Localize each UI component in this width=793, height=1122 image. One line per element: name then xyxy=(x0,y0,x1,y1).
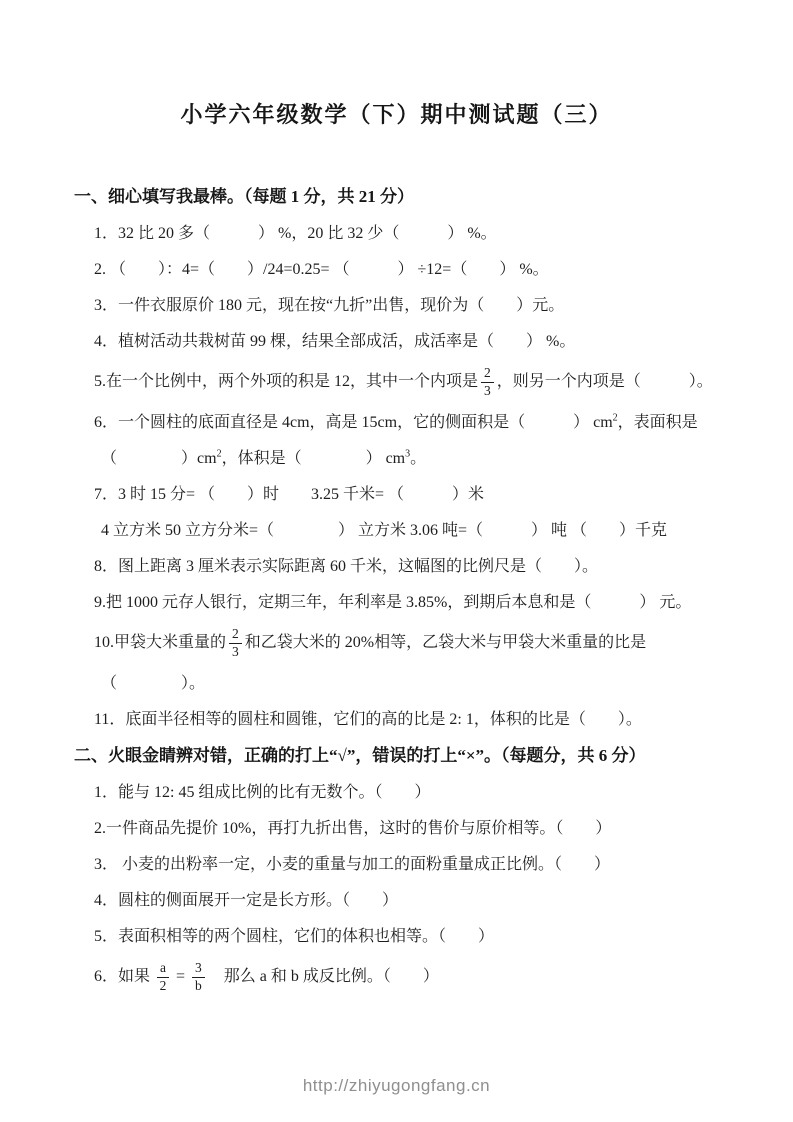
question-line: 4．植树活动共栽树苗 99 棵，结果全部成活，成活率是（ ） %。 xyxy=(94,330,765,353)
question-line: 2.一件商品先提价 10%，再打九折出售，这时的售价与原价相等。（ ） xyxy=(94,817,765,840)
question-line: 11．底面半径相等的圆柱和圆锥，它们的高的比是 2: 1，体积的比是（ ）。 xyxy=(94,708,765,731)
page-title: 小学六年级数学（下）期中测试题（三） xyxy=(0,0,793,129)
question-line: （ ）。 xyxy=(101,672,765,695)
question-line: 8．图上距离 3 厘米表示实际距离 60 千米，这幅图的比例尺是（ ）。 xyxy=(94,555,765,578)
superscript: 2 xyxy=(613,413,618,424)
fraction: a2 xyxy=(157,961,169,993)
fraction: 23 xyxy=(229,627,242,659)
fraction: 3b xyxy=(192,961,205,993)
question-line: （ ）cm2，体积是（ ） cm3。 xyxy=(101,447,765,470)
superscript: 3 xyxy=(405,449,410,460)
question-line: 2. （ ）：4=（ ）/24=0.25= （ ） ÷12=（ ） %。 xyxy=(94,258,765,281)
document-content: 一、细心填写我最棒。（每题 1 分，共 21 分）1．32 比 20 多（ ） … xyxy=(0,129,793,993)
fraction: 23 xyxy=(481,366,494,398)
question-line: 5.在一个比例中，两个外项的积是 12，其中一个内项是23，则另一个内项是（ ）… xyxy=(94,366,765,398)
question-line: 9.把 1000 元存人银行，定期三年，年利率是 3.85%，到期后本息和是（ … xyxy=(94,591,765,614)
question-line: 4 立方米 50 立方分米=（ ） 立方米 3.06 吨=（ ） 吨 （ ）千克 xyxy=(101,519,765,542)
section-heading: 二、火眼金睛辨对错，正确的打上“√”，错误的打上“×”。（每题分，共 6 分） xyxy=(74,744,765,768)
footer-url: http://zhiyugongfang.cn xyxy=(0,1076,793,1096)
question-line: 10.甲袋大米重量的23和乙袋大米的 20%相等，乙袋大米与甲袋大米重量的比是 xyxy=(94,627,765,659)
question-line: 3．一件衣服原价 180 元，现在按“九折”出售，现价为（ ）元。 xyxy=(94,294,765,317)
question-line: 7．3 时 15 分= （ ）时 3.25 千米= （ ）米 xyxy=(94,483,765,506)
question-line: 6．如果 a2 = 3b 那么 a 和 b 成反比例。（ ） xyxy=(94,961,765,993)
document-page: 小学六年级数学（下）期中测试题（三） 一、细心填写我最棒。（每题 1 分，共 2… xyxy=(0,0,793,1122)
question-line: 1．32 比 20 多（ ） %，20 比 32 少（ ） %。 xyxy=(94,222,765,245)
question-line: 4．圆柱的侧面展开一定是长方形。（ ） xyxy=(94,889,765,912)
question-line: 1．能与 12: 45 组成比例的比有无数个。（ ） xyxy=(94,781,765,804)
question-line: 5．表面积相等的两个圆柱，它们的体积也相等。（ ） xyxy=(94,925,765,948)
question-line: 6．一个圆柱的底面直径是 4cm，高是 15cm，它的侧面积是（ ） cm2，表… xyxy=(94,411,765,434)
superscript: 2 xyxy=(217,449,222,460)
section-heading: 一、细心填写我最棒。（每题 1 分，共 21 分） xyxy=(74,185,765,209)
question-line: 3． 小麦的出粉率一定，小麦的重量与加工的面粉重量成正比例。（ ） xyxy=(94,853,765,876)
